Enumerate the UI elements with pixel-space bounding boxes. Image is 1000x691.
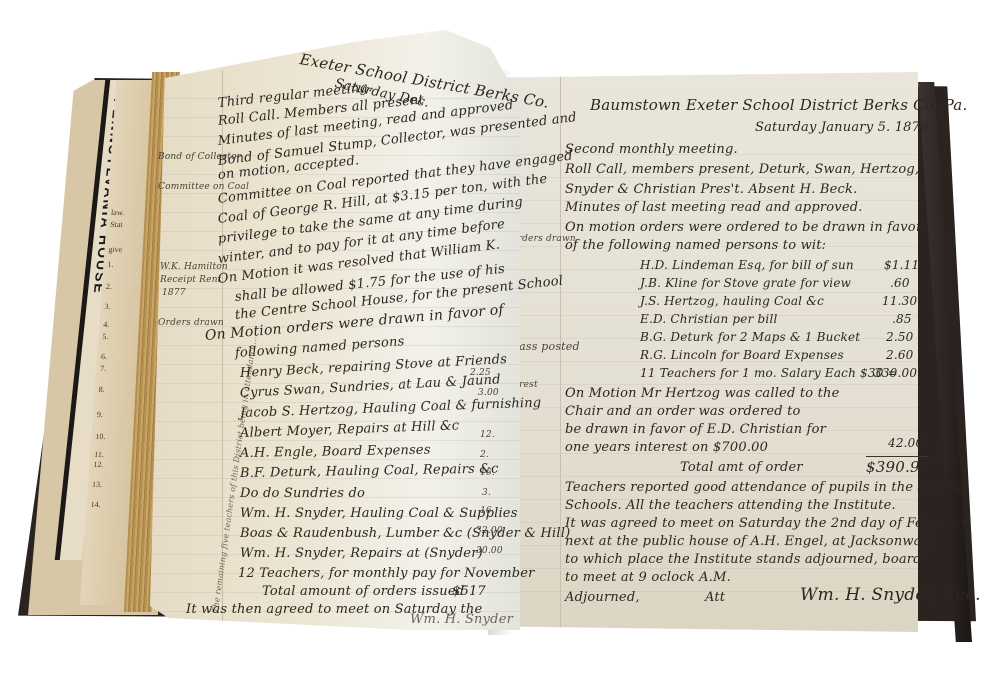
order-payee: R.G. Lincoln for Board Expenses [640, 348, 844, 362]
index-line: 12. [93, 460, 104, 469]
index-line: give [108, 245, 122, 254]
index-line: 2. [106, 282, 113, 291]
index-line: 4. [103, 320, 110, 329]
order-amount: $1.11 [884, 258, 919, 272]
order-amount: 3.00 [478, 388, 499, 398]
order-amount: 16. [480, 468, 495, 478]
order-amount: 2.25 [470, 368, 491, 378]
interest-amount: 42.00 [888, 436, 923, 450]
order-amount: 2.50 [886, 330, 914, 344]
attest-label: Att [705, 590, 725, 605]
ledger-photo: PENNSYLVANIA HOUSE law. Stat give 1. 2. … [0, 0, 1000, 691]
order-amount: 2. [480, 450, 489, 460]
order-amount: 11.30 [882, 294, 917, 308]
total-amount: $390.93 [866, 456, 929, 476]
margin-note: Pass posted [512, 340, 580, 353]
index-line: 3. [104, 302, 111, 311]
minutes-line: Boas & Raudenbush, Lumber &c (Snyder & H… [240, 526, 570, 541]
right-page-heading: Baumstown Exeter School District Berks C… [590, 96, 967, 114]
index-line: law. [111, 208, 125, 217]
secretary-signature: Wm. H. Snyder, Sec. [800, 585, 981, 605]
order-amount: 12. [480, 430, 495, 440]
minutes-line: Minutes of last meeting read and approve… [565, 200, 863, 215]
minutes-line: Total amount of orders issued [262, 584, 464, 599]
motion-line: On Motion Mr Hertzog was called to the [565, 386, 840, 401]
minutes-line: 12 Teachers, for monthly pay for Novembe… [238, 566, 535, 581]
margin-note: 1877 [162, 288, 186, 298]
index-line: 10. [95, 432, 106, 441]
index-line: 8. [98, 385, 105, 394]
order-amount: 2.60 [886, 348, 914, 362]
left-page-signature: Wm. H. Snyder [410, 612, 513, 627]
order-amount: .85 [892, 312, 912, 326]
order-amount: 3. [482, 488, 491, 498]
order-amount: 32.00 [476, 526, 503, 536]
closing-line: to which place the Institute stands adjo… [565, 552, 922, 567]
motion-line: Chair and an order was ordered to [565, 404, 801, 419]
order-payee: 11 Teachers for 1 mo. Salary Each $30 = [640, 366, 898, 380]
motion-line: one years interest on $700.00 [565, 440, 768, 455]
minutes-line: Snyder & Christian Pres't. Absent H. Bec… [565, 182, 857, 197]
closing-line: next at the public house of A.H. Engel, … [565, 534, 935, 549]
order-payee: J.S. Hertzog, hauling Coal &c [640, 294, 824, 308]
closing-line: Schools. All the teachers attending the … [565, 498, 896, 513]
order-amount: 330.00 [874, 366, 917, 380]
order-payee: H.D. Lindeman Esq, for bill of sun [640, 258, 854, 272]
minutes-line: Do do Sundries do [240, 486, 365, 501]
closing-line: Teachers reported good attendance of pup… [565, 480, 966, 495]
order-payee: E.D. Christian per bill [640, 312, 778, 326]
index-line: 14. [90, 500, 101, 509]
left-total-amount: $517 [452, 584, 486, 599]
index-line: 5. [102, 332, 109, 341]
index-line: 6. [101, 352, 108, 361]
index-line: 13. [92, 480, 103, 489]
order-amount: 16. [480, 506, 495, 516]
order-amount: 30.00 [476, 546, 503, 556]
minutes-line: Roll Call, members present, Deturk, Swan… [565, 162, 919, 177]
closing-line: It was agreed to meet on Saturday the 2n… [565, 516, 968, 531]
order-payee: J.B. Kline for Stove grate for view [640, 276, 851, 290]
minutes-line: On motion orders were ordered to be draw… [565, 220, 922, 235]
minutes-line: of the following named persons to wit: [565, 238, 826, 253]
motion-line: be drawn in favor of E.D. Christian for [565, 422, 826, 437]
closing-line: to meet at 9 oclock A.M. [565, 570, 731, 585]
minutes-line: Wm. H. Snyder, Repairs at (Snyder) [240, 546, 483, 561]
order-amount: .60 [890, 276, 910, 290]
index-line: Stat [110, 220, 123, 229]
order-payee: B.G. Deturk for 2 Maps & 1 Bucket [640, 330, 860, 344]
index-line: 7. [100, 364, 107, 373]
minutes-line: Second monthly meeting. [565, 142, 738, 157]
total-label: Total amt of order [680, 460, 803, 475]
margin-note: Receipt Rent [160, 275, 222, 285]
index-line: 9. [97, 410, 104, 419]
right-page-date: Saturday January 5. 1878. [755, 120, 933, 135]
index-line: 1. [107, 260, 114, 269]
index-line: 11. [94, 450, 104, 459]
minutes-line: Wm. H. Snyder, Hauling Coal & Supplies [240, 506, 518, 521]
closing-line: Adjourned, [565, 590, 640, 605]
